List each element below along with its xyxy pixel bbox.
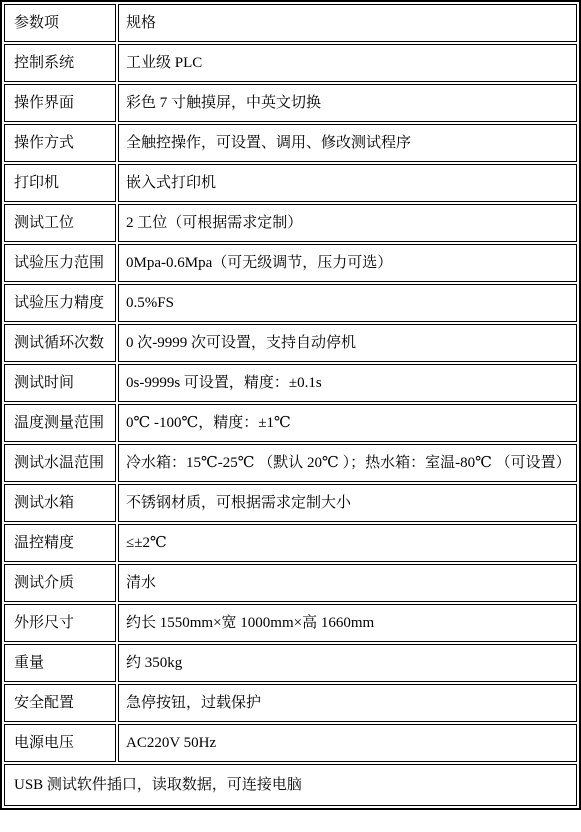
table-row: 操作界面 彩色 7 寸触摸屏，中英文切换 [4, 84, 577, 122]
spec-cell: 0.5%FS [118, 284, 577, 322]
param-cell: 测试时间 [4, 364, 116, 402]
table-row: 温度测量范围 0℃ -100℃，精度：±1℃ [4, 404, 577, 442]
table-row: 重量 约 350kg [4, 644, 577, 682]
param-cell: 温度测量范围 [4, 404, 116, 442]
spec-cell: 急停按钮，过载保护 [118, 684, 577, 722]
param-cell: 测试工位 [4, 204, 116, 242]
spec-cell: 0℃ -100℃，精度：±1℃ [118, 404, 577, 442]
footer-cell: USB 测试软件插口，读取数据，可连接电脑 [4, 764, 577, 806]
header-param-cell: 参数项 [4, 4, 116, 42]
table-row: 测试介质 清水 [4, 564, 577, 602]
table-row: 试验压力精度 0.5%FS [4, 284, 577, 322]
spec-cell: ≤±2℃ [118, 524, 577, 562]
table-row: 测试水箱 不锈钢材质，可根据需求定制大小 [4, 484, 577, 522]
spec-table-footer: USB 测试软件插口，读取数据，可连接电脑 [4, 764, 577, 806]
param-cell: 电源电压 [4, 724, 116, 762]
spec-cell: 全触控操作，可设置、调用、修改测试程序 [118, 124, 577, 162]
table-row: 温控精度 ≤±2℃ [4, 524, 577, 562]
table-row: 操作方式 全触控操作，可设置、调用、修改测试程序 [4, 124, 577, 162]
spec-cell: 彩色 7 寸触摸屏，中英文切换 [118, 84, 577, 122]
spec-cell: 清水 [118, 564, 577, 602]
table-row: 电源电压 AC220V 50Hz [4, 724, 577, 762]
spec-cell: 工业级 PLC [118, 44, 577, 82]
table-row: 安全配置 急停按钮，过载保护 [4, 684, 577, 722]
spec-cell: AC220V 50Hz [118, 724, 577, 762]
table-row: 测试水温范围 冷水箱：15℃-25℃ （默认 20℃ ）；热水箱：室温-80℃ … [4, 444, 577, 482]
spec-table-body: 控制系统 工业级 PLC 操作界面 彩色 7 寸触摸屏，中英文切换 操作方式 全… [4, 44, 577, 762]
param-cell: 试验压力精度 [4, 284, 116, 322]
table-row: 试验压力范围 0Mpa-0.6Mpa（可无级调节，压力可选） [4, 244, 577, 282]
param-cell: 操作界面 [4, 84, 116, 122]
table-row: 测试工位 2 工位（可根据需求定制） [4, 204, 577, 242]
param-cell: 温控精度 [4, 524, 116, 562]
spec-cell: 0 次-9999 次可设置，支持自动停机 [118, 324, 577, 362]
param-cell: 测试水箱 [4, 484, 116, 522]
footer-row: USB 测试软件插口，读取数据，可连接电脑 [4, 764, 577, 806]
spec-cell: 0s-9999s 可设置，精度：±0.1s [118, 364, 577, 402]
table-row: 外形尺寸 约长 1550mm×宽 1000mm×高 1660mm [4, 604, 577, 642]
param-cell: 控制系统 [4, 44, 116, 82]
spec-table-header: 参数项 规格 [4, 4, 577, 42]
param-cell: 重量 [4, 644, 116, 682]
spec-cell: 约长 1550mm×宽 1000mm×高 1660mm [118, 604, 577, 642]
spec-cell: 冷水箱：15℃-25℃ （默认 20℃ ）；热水箱：室温-80℃ （可设置） [118, 444, 577, 482]
param-cell: 打印机 [4, 164, 116, 202]
param-cell: 试验压力范围 [4, 244, 116, 282]
param-cell: 操作方式 [4, 124, 116, 162]
param-cell: 安全配置 [4, 684, 116, 722]
param-cell: 测试介质 [4, 564, 116, 602]
param-cell: 外形尺寸 [4, 604, 116, 642]
spec-cell: 嵌入式打印机 [118, 164, 577, 202]
spec-cell: 0Mpa-0.6Mpa（可无级调节，压力可选） [118, 244, 577, 282]
table-row: 测试循环次数 0 次-9999 次可设置，支持自动停机 [4, 324, 577, 362]
spec-cell: 不锈钢材质，可根据需求定制大小 [118, 484, 577, 522]
spec-cell: 约 350kg [118, 644, 577, 682]
table-row: 测试时间 0s-9999s 可设置，精度：±0.1s [4, 364, 577, 402]
spec-table: 参数项 规格 控制系统 工业级 PLC 操作界面 彩色 7 寸触摸屏，中英文切换… [0, 0, 581, 810]
param-cell: 测试水温范围 [4, 444, 116, 482]
table-row: 打印机 嵌入式打印机 [4, 164, 577, 202]
header-row: 参数项 规格 [4, 4, 577, 42]
spec-cell: 2 工位（可根据需求定制） [118, 204, 577, 242]
header-spec-cell: 规格 [118, 4, 577, 42]
param-cell: 测试循环次数 [4, 324, 116, 362]
table-row: 控制系统 工业级 PLC [4, 44, 577, 82]
